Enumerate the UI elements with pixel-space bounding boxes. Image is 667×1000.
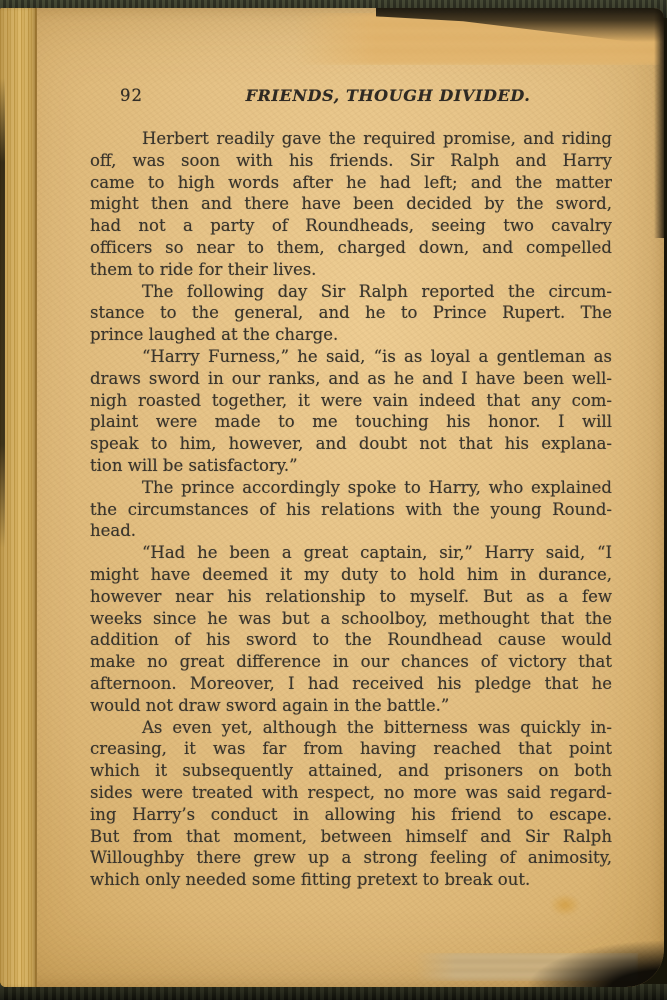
text-line: addition of his sword to the Roundhead c… [90,629,612,651]
shadow-right-edge [654,8,664,238]
text-line: plaint were made to me touching his hono… [90,411,612,433]
text-line: officers so near to them, charged down, … [90,237,612,259]
text-line: the circumstances of his relations with … [90,499,612,521]
text-line: The prince accordingly spoke to Harry, w… [90,477,612,499]
text-line: Herbert readily gave the required promis… [90,128,612,150]
text-line: draws sword in our ranks, and as he and … [90,368,612,390]
text-line: however near his relationship to myself.… [90,586,612,608]
page-header: 92 FRIENDS, THOUGH DIVIDED. [90,86,612,108]
text-line: creasing, it was far from having reached… [90,738,612,760]
text-line: ing Harry’s conduct in allowing his frie… [90,804,612,826]
book-scan: 92 FRIENDS, THOUGH DIVIDED. Herbert read… [0,0,667,1000]
text-line: would not draw sword again in the battle… [90,695,612,717]
text-line: The following day Sir Ralph reported the… [90,281,612,303]
text-line: make no great difference in our chances … [90,651,612,673]
text-line: which only needed some fitting pretext t… [90,869,612,891]
text-line: might have deemed it my duty to hold him… [90,564,612,586]
text-line: them to ride for their lives. [90,259,612,281]
text-line: “Had he been a great captain, sir,” Harr… [90,542,612,564]
text-line: Willoughby there grew up a strong feelin… [90,847,612,869]
paper-stain [550,894,580,916]
binding-shadow-left [0,78,5,548]
book-page: 92 FRIENDS, THOUGH DIVIDED. Herbert read… [0,8,664,987]
page-number: 92 [120,86,143,105]
text-line: nigh roasted together, it were vain inde… [90,390,612,412]
text-line: But from that moment, between himself an… [90,826,612,848]
text-line: As even yet, although the bitterness was… [90,717,612,739]
text-block: Herbert readily gave the required promis… [90,128,612,891]
running-header-title: FRIENDS, THOUGH DIVIDED. [152,86,624,105]
text-line: prince laughed at the charge. [90,324,612,346]
text-line: had not a party of Roundheads, seeing tw… [90,215,612,237]
text-line: came to high words after he had left; an… [90,172,612,194]
stacked-page-edges-left [0,8,37,987]
text-line: afternoon. Moreover, I had received his … [90,673,612,695]
text-line: head. [90,520,612,542]
text-line: weeks since he was but a schoolboy, meth… [90,608,612,630]
text-line: might then and there have been decided b… [90,193,612,215]
text-line: tion will be satisfactory.” [90,455,612,477]
text-line: which it subsequently attained, and pris… [90,760,612,782]
text-line: stance to the general, and he to Prince … [90,302,612,324]
text-line: speak to him, however, and doubt not tha… [90,433,612,455]
text-line: “Harry Furness,” he said, “is as loyal a… [90,346,612,368]
text-line: sides were treated with respect, no more… [90,782,612,804]
text-line: off, was soon with his friends. Sir Ralp… [90,150,612,172]
shadow-bottom-right-corner [528,941,664,987]
